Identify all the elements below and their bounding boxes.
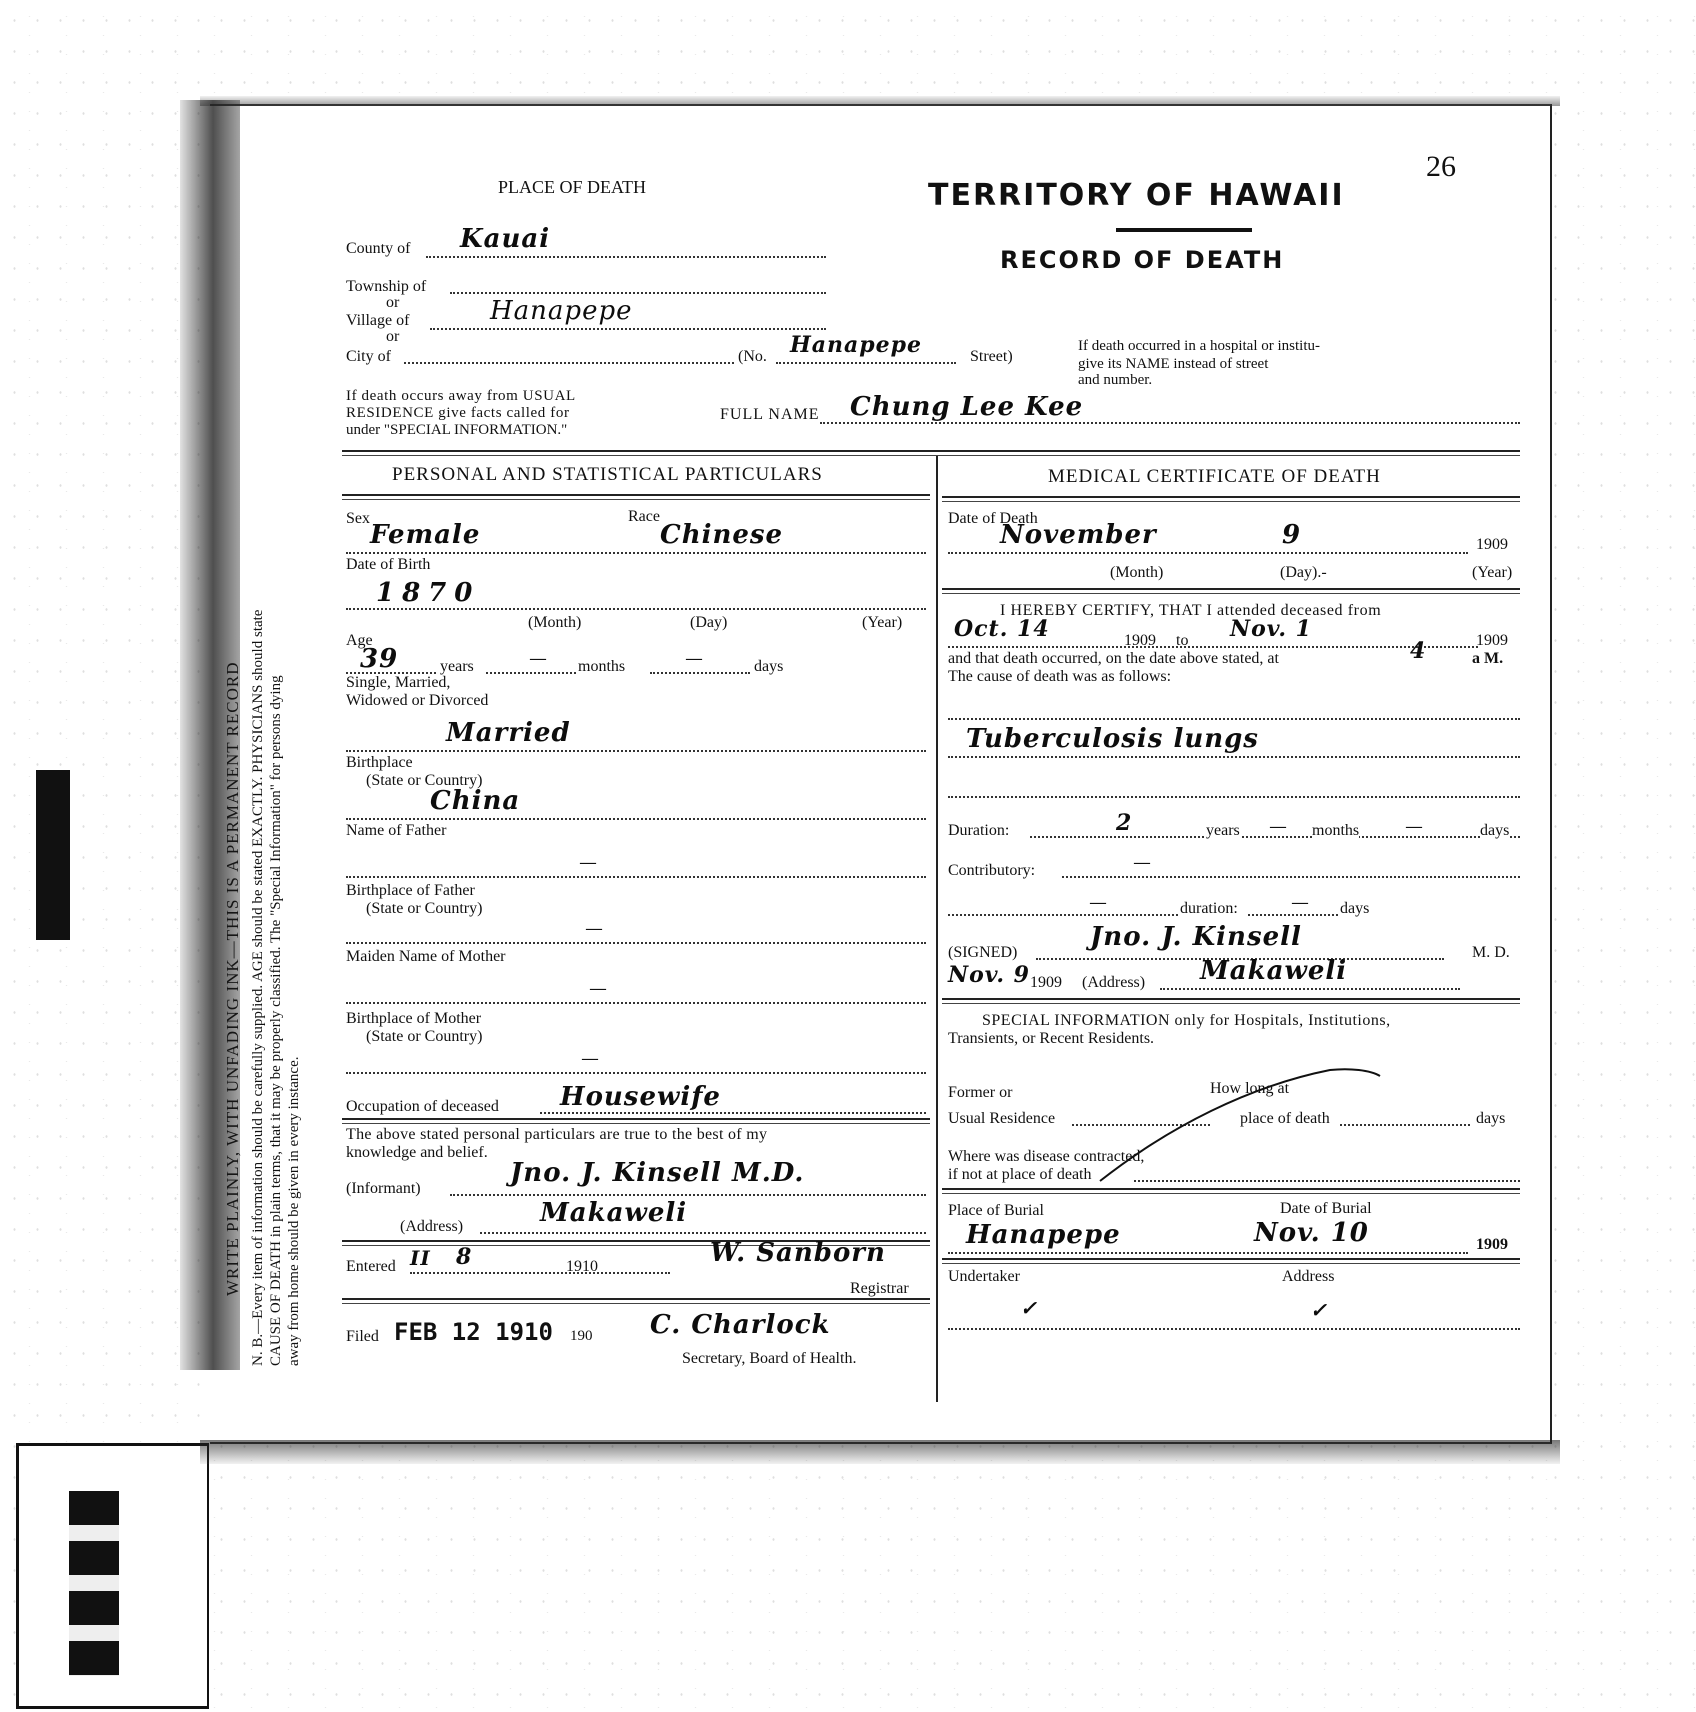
village-label: Village of [346,312,409,330]
contributory-field[interactable]: — [1134,854,1150,872]
dob-year-label: (Year) [862,614,902,632]
signed-label: (SIGNED) [948,944,1017,962]
birthplace-field[interactable]: China [430,786,520,816]
father-birthplace-state-label: (State or Country) [366,900,482,918]
mother-maiden-label: Maiden Name of Mother [346,948,506,966]
dod-year-field[interactable]: 1909 [1476,536,1508,554]
special-info-heading-rest: only for Hospitals, Institutions, [1175,1012,1391,1029]
cause-of-death-field[interactable]: Tuberculosis lungs [966,724,1259,754]
city-label: City of [346,348,391,366]
usual-residence-label: Usual Residence [948,1110,1055,1128]
dod-day-label: (Day).- [1280,564,1327,582]
county-field[interactable]: Kauai [460,224,550,254]
section-rule [342,450,1520,456]
duration-days-label: days [1480,822,1509,840]
medical-heading: MEDICAL CERTIFICATE OF DEATH [1048,466,1381,488]
birthplace-label: Birthplace [346,754,413,772]
mother-birthplace-state-label: (State or Country) [366,1028,482,1046]
hospital-note-line1: If death occurred in a hospital or insti… [1078,338,1320,355]
sex-field[interactable]: Female [370,520,480,550]
marital-field[interactable]: Married [446,718,571,748]
how-long-days-label: days [1476,1110,1505,1128]
father-birthplace-label: Birthplace of Father [346,882,475,900]
secretary-label: Secretary, Board of Health. [682,1350,856,1368]
column-divider [936,456,938,1402]
strike-through-mark [1090,1066,1420,1186]
dob-label: Date of Birth [346,556,430,574]
dod-day-field[interactable]: 9 [1282,520,1301,550]
hospital-note-line3: and number. [1078,372,1152,389]
duration-years-label: years [1206,822,1240,840]
months-label: months [578,658,625,676]
top-edge-shadow [200,96,1560,106]
occurred-text: and that death occurred, on the date abo… [948,650,1279,668]
duration-months-label: months [1312,822,1359,840]
entered-year-field[interactable]: 1910 [566,1258,598,1276]
attest-text-2: knowledge and belief. [346,1144,488,1162]
away-note-line2: RESIDENCE give facts called for [346,405,570,422]
ampm-field[interactable]: a M. [1472,650,1503,668]
burial-year-field[interactable]: 1909 [1476,1236,1508,1254]
territory-title: TERRITORY OF HAWAII [928,178,1345,213]
or-label: or [386,328,399,346]
dob-month-label: (Month) [528,614,581,632]
binding-tab [36,770,70,940]
father-name-label: Name of Father [346,822,446,840]
duration-label: Duration: [948,822,1009,840]
village-field[interactable]: Hanapepe [490,296,632,326]
age-days-field[interactable]: — [686,650,702,668]
street-label: Street) [970,348,1013,366]
secretary-signature: C. Charlock [650,1310,831,1340]
physician-address-field[interactable]: Makaweli [1200,956,1347,986]
certify-text: I HEREBY CERTIFY, THAT I attended deceas… [1000,602,1381,620]
registrar-signature: W. Sanborn [710,1238,886,1268]
entered-day-field[interactable]: 8 [456,1244,472,1270]
father-birthplace-field[interactable]: — [586,920,602,938]
dod-year-label: (Year) [1472,564,1512,582]
scan-ruler-box [16,1443,209,1709]
race-label: Race [628,508,660,526]
to-label: to [1176,632,1188,650]
occupation-label: Occupation of deceased [346,1098,499,1116]
duration-months-field[interactable]: — [1270,818,1286,836]
mother-maiden-field[interactable]: — [590,980,606,998]
burial-date-label: Date of Burial [1280,1200,1372,1218]
contributory-days-label: days [1340,900,1369,918]
binding-shadow [180,100,240,1370]
occupation-field[interactable]: Housewife [560,1082,721,1112]
contributory-cause-field[interactable]: — [1090,894,1106,912]
page-number: 26 [1426,150,1456,184]
attended-from-year[interactable]: 1909 [1124,632,1156,650]
undertaker-address-field[interactable]: ✓ [1310,1298,1328,1322]
record-title: RECORD OF DEATH [1000,246,1284,274]
filed-date-stamp: FEB 12 1910 [394,1318,553,1346]
contributory-label: Contributory: [948,862,1035,880]
entered-month-field[interactable]: II [410,1246,431,1270]
dod-month-label: (Month) [1110,564,1163,582]
undertaker-label: Undertaker [948,1268,1020,1286]
street-number-label: (No. [738,348,767,366]
place-of-death-heading: PLACE OF DEATH [498,178,646,196]
race-field[interactable]: Chinese [660,520,783,550]
registrar-label: Registrar [850,1280,909,1298]
disease-contracted-label-2: if not at place of death [948,1166,1092,1184]
burial-date-field[interactable]: Nov. 10 [1254,1218,1369,1248]
attended-from-field[interactable]: Oct. 14 [954,616,1050,642]
scan-ruler [69,1491,119,1676]
former-label: Former or [948,1084,1012,1102]
special-info-heading: SPECIAL INFORMATION only for Hospitals, … [982,1012,1391,1030]
full-name-label: FULL NAME [720,406,820,424]
entered-label: Entered [346,1258,396,1276]
full-name-field[interactable]: Chung Lee Kee [850,392,1083,422]
special-info-heading-2: Transients, or Recent Residents. [948,1030,1154,1048]
time-of-death-field[interactable]: 4 [1410,638,1426,664]
title-divider [1116,228,1252,232]
burial-place-label: Place of Burial [948,1202,1044,1220]
dob-field[interactable]: 1870 [376,578,480,608]
informant-address-label: (Address) [400,1218,463,1236]
sex-label: Sex [346,510,370,528]
informant-field[interactable]: Jno. J. Kinsell M.D. [510,1158,804,1188]
special-info-heading-bold: SPECIAL INFORMATION [982,1012,1170,1029]
hospital-note-line2: give its NAME instead of street [1078,356,1268,373]
street-field[interactable]: Hanapepe [790,332,922,358]
contributory-duration-field[interactable]: — [1292,894,1308,912]
death-record-form: 26 PLACE OF DEATH TERRITORY OF HAWAII RE… [210,104,1552,1444]
or-label: or [386,294,399,312]
contributory-duration-label: duration: [1180,900,1238,918]
undertaker-field[interactable]: ✓ [1020,1296,1038,1320]
margin-note-line1: N. B.—Every item of information should b… [250,610,267,1366]
mother-birthplace-field[interactable]: — [582,1050,598,1068]
dob-day-label: (Day) [690,614,727,632]
informant-label: (Informant) [346,1180,421,1198]
physician-address-label: (Address) [1082,974,1145,992]
father-name-field[interactable]: — [580,854,596,872]
age-years-field[interactable]: 39 [360,644,398,674]
duration-days-field[interactable]: — [1406,818,1422,836]
dod-month-field[interactable]: November [1000,520,1157,550]
md-label: M. D. [1472,944,1510,962]
filed-suffix: 190 [570,1328,593,1345]
signed-date-field[interactable]: Nov. 9 [948,962,1030,988]
mother-birthplace-label: Birthplace of Mother [346,1010,481,1028]
age-months-field[interactable]: — [530,650,546,668]
marital-label-2: Widowed or Divorced [346,692,488,710]
personal-heading: PERSONAL AND STATISTICAL PARTICULARS [392,464,823,486]
duration-years-field[interactable]: 2 [1116,810,1132,836]
undertaker-address-label: Address [1282,1268,1334,1286]
marital-label-1: Single, Married, [346,674,450,692]
attended-to-field[interactable]: Nov. 1 [1230,616,1312,642]
attended-to-year[interactable]: 1909 [1476,632,1508,650]
county-label: County of [346,240,410,258]
informant-address-field[interactable]: Makaweli [540,1198,687,1228]
away-note-line3: under "SPECIAL INFORMATION." [346,422,567,439]
days-label: days [754,658,783,676]
physician-signature-field[interactable]: Jno. J. Kinsell [1090,922,1302,952]
away-note-line1: If death occurs away from USUAL [346,388,576,405]
attest-text-1: The above stated personal particulars ar… [346,1126,767,1144]
burial-place-field[interactable]: Hanapepe [966,1220,1121,1250]
signed-year-field[interactable]: 1909 [1030,974,1062,992]
margin-note-line2: CAUSE OF DEATH in plain terms, that it m… [268,675,285,1366]
filed-label: Filed [346,1328,379,1346]
bottom-edge-shadow [200,1440,1560,1464]
margin-note-line3: away from home should be given in every … [286,1057,303,1367]
cause-text: The cause of death was as follows: [948,668,1171,686]
